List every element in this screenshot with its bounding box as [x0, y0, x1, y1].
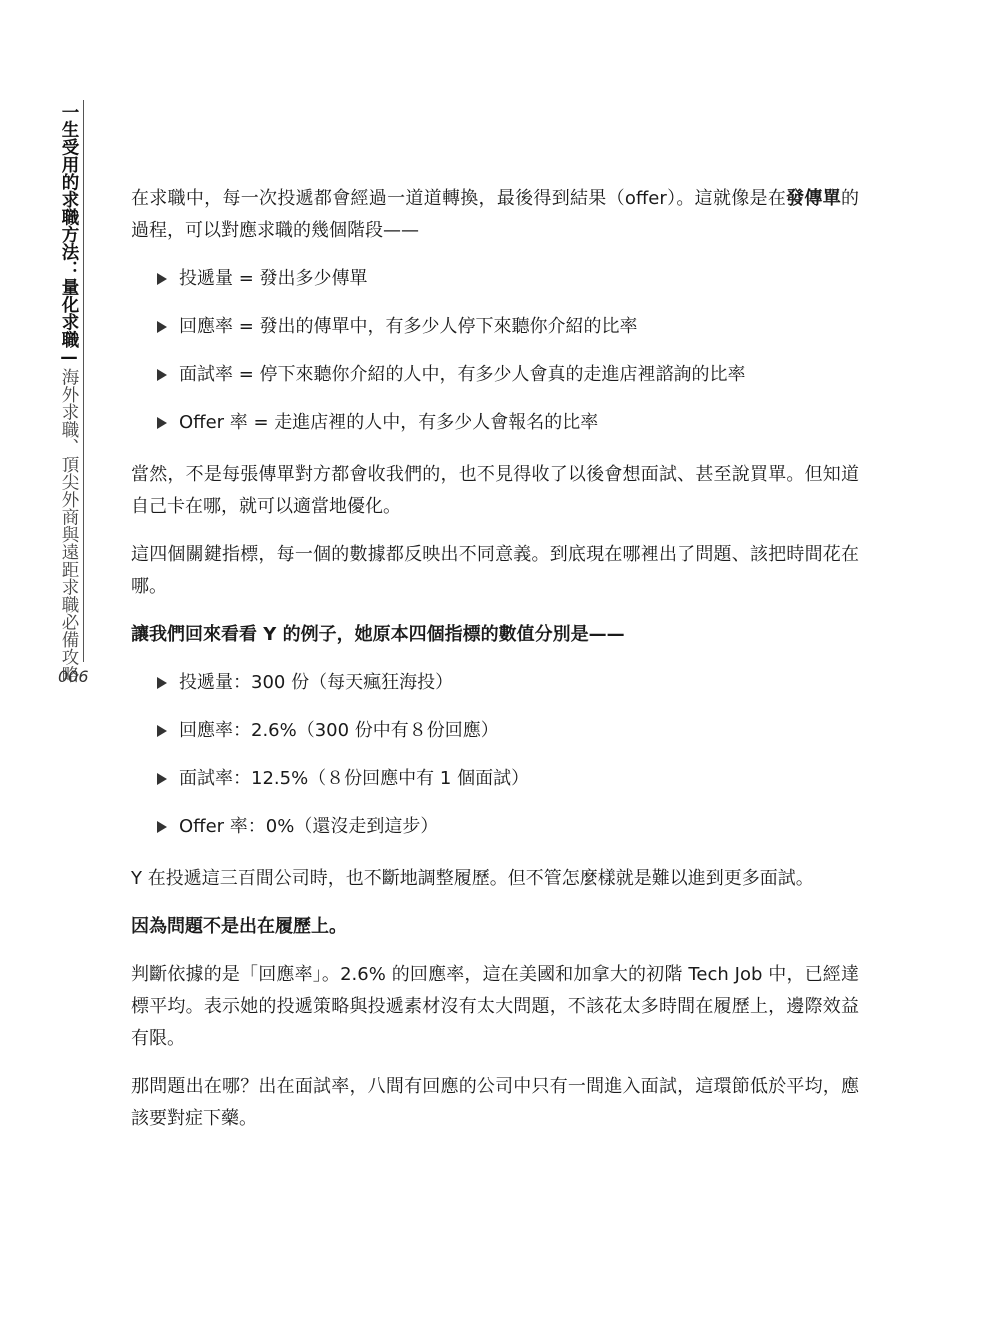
- list-item-text: 面試率：12.5%（８份回應中有 1 個面試）: [179, 768, 529, 789]
- list-item: 回應率：2.6%（300 份中有８份回應）: [131, 715, 859, 763]
- triangle-bullet-icon: [157, 821, 167, 833]
- paragraph-four-metrics: 這四個關鍵指標，每一個的數據都反映出不同意義。到底現在哪裡出了問題、該把時間花在…: [131, 539, 859, 603]
- metric-values-list: 投遞量：300 份（每天瘋狂海投） 回應率：2.6%（300 份中有８份回應） …: [131, 667, 859, 849]
- list-item: 面試率 = 停下來聽你介紹的人中，有多少人會真的走進店裡諮詢的比率: [131, 359, 859, 407]
- triangle-bullet-icon: [157, 725, 167, 737]
- list-item-text: 回應率 = 發出的傳單中，有多少人停下來聽你介紹的比率: [179, 316, 638, 337]
- list-item: 面試率：12.5%（８份回應中有 1 個面試）: [131, 763, 859, 811]
- list-item-text: 投遞量：300 份（每天瘋狂海投）: [179, 672, 453, 693]
- triangle-bullet-icon: [157, 273, 167, 285]
- list-item-text: 投遞量 = 發出多少傳單: [179, 268, 368, 289]
- paragraph-where-problem: 那問題出在哪？出在面試率，八間有回應的公司中只有一間進入面試，這環節低於平均，應…: [131, 1071, 859, 1135]
- list-item-text: Offer 率：0%（還沒走到這步）: [179, 816, 438, 837]
- paragraph-of-course: 當然，不是每張傳單對方都會收我們的，也不見得收了以後會想面試、甚至說買單。但知道…: [131, 459, 859, 523]
- list-item-text: Offer 率 = 走進店裡的人中，有多少人會報名的比率: [179, 412, 598, 433]
- page-body: 在求職中，每一次投遞都會經過一道道轉換，最後得到結果（offer）。這就像是在發…: [131, 183, 859, 1151]
- book-title-subtitle: 海外求職、頂尖外商與遠距求職必備攻略: [59, 368, 79, 683]
- triangle-bullet-icon: [157, 321, 167, 333]
- page-number: 006: [58, 667, 89, 686]
- book-title-dash: —: [59, 348, 79, 368]
- intro-paragraph: 在求職中，每一次投遞都會經過一道道轉換，最後得到結果（offer）。這就像是在發…: [131, 183, 859, 247]
- stage-definition-list: 投遞量 = 發出多少傳單 回應率 = 發出的傳單中，有多少人停下來聽你介紹的比率…: [131, 263, 859, 445]
- triangle-bullet-icon: [157, 773, 167, 785]
- list-item: Offer 率 = 走進店裡的人中，有多少人會報名的比率: [131, 407, 859, 445]
- paragraph-judgement: 判斷依據的是「回應率」。2.6% 的回應率，這在美國和加拿大的初階 Tech J…: [131, 959, 859, 1055]
- list-item: 投遞量：300 份（每天瘋狂海投）: [131, 667, 859, 715]
- list-item: 投遞量 = 發出多少傳單: [131, 263, 859, 311]
- triangle-bullet-icon: [157, 369, 167, 381]
- list-item-text: 面試率 = 停下來聽你介紹的人中，有多少人會真的走進店裡諮詢的比率: [179, 364, 746, 385]
- list-item: Offer 率：0%（還沒走到這步）: [131, 811, 859, 849]
- intro-bold-term: 發傳單: [786, 188, 841, 209]
- triangle-bullet-icon: [157, 677, 167, 689]
- sidebar-divider: [83, 100, 84, 662]
- list-item-text: 回應率：2.6%（300 份中有８份回應）: [179, 720, 499, 741]
- paragraph-y-resume: Y 在投遞這三百間公司時，也不斷地調整履歷。但不管怎麼樣就是難以進到更多面試。: [131, 863, 859, 895]
- running-book-title: 一生受用的求職方法：量化求職—海外求職、頂尖外商與遠距求職必備攻略: [58, 103, 80, 683]
- book-title-main: 一生受用的求職方法：量化求職: [59, 103, 79, 348]
- intro-text-1: 在求職中，每一次投遞都會經過一道道轉換，最後得到結果（offer）。這就像是在: [131, 188, 786, 209]
- example-heading: 讓我們回來看看 Y 的例子，她原本四個指標的數值分別是——: [131, 619, 859, 651]
- triangle-bullet-icon: [157, 417, 167, 429]
- paragraph-because: 因為問題不是出在履歷上。: [131, 911, 859, 943]
- list-item: 回應率 = 發出的傳單中，有多少人停下來聽你介紹的比率: [131, 311, 859, 359]
